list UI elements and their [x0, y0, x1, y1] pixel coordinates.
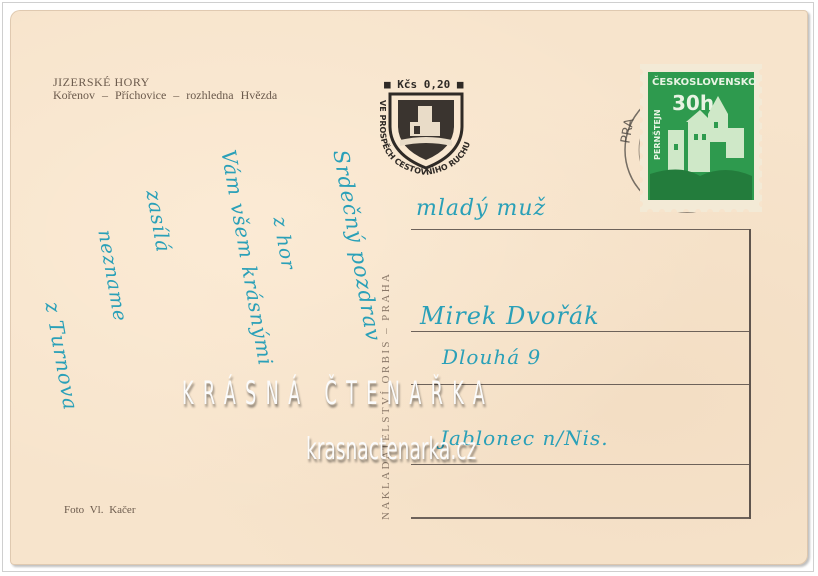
svg-text:ČESKOSLOVENSKO: ČESKOSLOVENSKO [652, 75, 757, 88]
postcard-caption: JIZERSKÉ HORY Kořenov – Příchovice – roz… [53, 76, 277, 102]
watermark-title: KRÁSNÁ ČTENAŘKA [182, 374, 494, 412]
photo-credit: Foto Vl. Kačer [64, 504, 135, 516]
caption-places: Kořenov – Příchovice – rozhledna Hvězda [53, 89, 277, 102]
watermark-url: krasnactenarka.cz [306, 432, 476, 467]
address-line [411, 331, 751, 332]
postage-stamp: ČESKOSLOVENSKO 30h PERNŠTEJN [640, 64, 762, 212]
address-street: Dlouhá 9 [442, 345, 541, 369]
svg-text:■ Kčs 0,20 ■: ■ Kčs 0,20 ■ [384, 78, 464, 91]
address-recipient-name: Mirek Dvořák [420, 302, 600, 330]
svg-text:PERNŠTEJN: PERNŠTEJN [651, 109, 662, 160]
address-line [411, 517, 751, 519]
svg-text:PRA: PRA [618, 117, 637, 145]
address-line [411, 229, 751, 230]
svg-text:30h: 30h [672, 91, 714, 115]
castle-shield-icon: ■ Kčs 0,20 ■ VE PROSPĚCH CESTOVNÍHO RUCH… [370, 76, 480, 176]
address-recipient-title: mladý muž [416, 196, 546, 221]
address-box-edge [749, 229, 751, 519]
